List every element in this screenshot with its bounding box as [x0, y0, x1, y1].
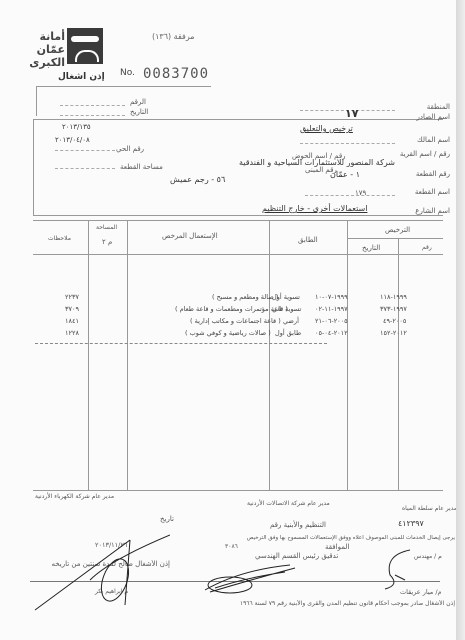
permit-document: أمانة عمّان الكبرى إذن اشغال No. 0083700… [0, 0, 456, 640]
field-line [305, 195, 395, 196]
field-label: المنطقة [400, 103, 450, 111]
gam-logo-icon [67, 28, 103, 64]
permit-no-cell: ٢٠٠٥-٤٩ [383, 317, 406, 325]
date-cell: ١٩٩٩-٠٧-١٠ [315, 293, 348, 301]
ref-number: ٢٠١٣/١٣٥ [62, 123, 91, 131]
field-desc-value: ترخيص والتعليق [300, 124, 353, 133]
floor-cell: طابق أول [275, 329, 301, 337]
plot-name-value: ١٧٩ [355, 189, 366, 197]
field-label: رقم القطعة [400, 170, 450, 178]
permit-number: 0083700 [143, 66, 209, 82]
sub-header-line [347, 238, 443, 239]
signature-scrawl-icon [200, 560, 300, 600]
form-title: إذن اشغال [58, 72, 105, 82]
permit-no-cell: ١٩٩٩-١١٨ [380, 293, 407, 301]
divider [36, 86, 37, 116]
approval-word: الموافقة [325, 543, 349, 551]
header-floor: الطابق [298, 236, 318, 244]
header-area: المساحة [96, 224, 117, 231]
use-cell: ( صالات رياضية و كوفي شوب ) [185, 329, 271, 337]
field-line [300, 143, 395, 144]
issuer-value: ١٧ [345, 107, 358, 120]
cc-water: مدير عام سلطة المياه [402, 505, 457, 512]
cc-electric: مدير عام شركة الكهرباء الأردنية [35, 493, 114, 500]
permit-no-cell: ١٩٩٧-٣٧٣ [380, 305, 407, 313]
org-name: أمانة عمّان الكبرى [27, 30, 65, 69]
field-label: اسم المالك [400, 136, 450, 144]
audit-label: تدقيق رئيس القسم الهندسي [255, 552, 338, 560]
use-cell: ( صالة ومطعم و مسبح ) [212, 293, 278, 301]
serial: ٣٠٨٦ [225, 543, 238, 550]
col-divider [347, 220, 348, 490]
date-cell: ١٩٩٧-١١-٠٢ [315, 305, 348, 313]
ref-date: ٢٠١٣/٠٤/٠٨ [55, 136, 90, 144]
divider [36, 86, 211, 87]
street-value: استعمالات أخرى - خارج التنظيم [262, 204, 367, 213]
area-cell: ١٨٤١ [65, 317, 79, 325]
floor-cell: أرضي [283, 317, 299, 325]
cc-telecom: مدير عام شركة الاتصالات الأردنية [247, 500, 330, 507]
col-divider [398, 238, 399, 490]
org-name-line: الكبرى [27, 56, 65, 69]
permit-no-cell: ٢٠١٢-١٥٢ [380, 329, 407, 337]
header-area-unit: م ٢ [102, 238, 112, 246]
use-cell: ( قاعة مؤتمرات ومطعمات و قاعة طعام ) [175, 305, 288, 313]
use-cell: ( قاعة اجتماعات و مكاتب إدارية ) [190, 317, 281, 325]
header-permit-date: التاريخ [362, 244, 380, 252]
district-no-label: رقم الحي [116, 145, 144, 153]
date-cell: ٢٠٠٥-٠٦-٢١ [315, 317, 348, 325]
col-divider [269, 220, 270, 490]
building-no-value: ٥٦ - رجم عميش [170, 175, 225, 184]
col-divider [127, 220, 128, 490]
owner-value: شركة المنصور للاستثمارات السياحية و الفن… [235, 158, 395, 167]
ref-line [60, 105, 125, 106]
box-left [33, 119, 34, 215]
header-permit-no: رقم [422, 244, 432, 251]
handwritten-note: مرفقة (١٣٦) [152, 32, 195, 41]
date-line [60, 115, 125, 116]
plot-no-value: ١ - عمّان [330, 170, 360, 179]
plot-area-line [55, 168, 115, 169]
connection-text: يرجى إيصال الخدمات للمبنى الموصوف أعلاه … [240, 535, 455, 541]
scan-edge [456, 0, 465, 640]
field-label: رقم / اسم القرية [395, 150, 450, 158]
box-top [33, 119, 443, 120]
box-bottom [33, 215, 443, 216]
area-cell: ١٢٢٨ [65, 329, 79, 337]
table-bottom [33, 490, 443, 491]
org-build-label: التنظيم والأبنية رقم [270, 521, 326, 529]
signature-scrawl-icon [30, 520, 170, 620]
field-label: اسم الشارع [400, 207, 450, 215]
area-cell: ٢٢٣٧ [65, 293, 79, 301]
date-label: التاريخ [130, 108, 148, 116]
field-label: اسم الصادر [400, 113, 450, 121]
org-name-line: أمانة [27, 30, 65, 43]
table-top [33, 220, 443, 221]
rows-end-line [35, 343, 327, 344]
field-label: اسم القطعة [400, 188, 450, 196]
header-licensed-use: الإستعمال المرخص [162, 232, 218, 240]
date-cell: ٢٠١٢-٠٤-٠٥ [315, 329, 348, 337]
area-cell: ٣٧٠٩ [65, 305, 79, 313]
legal-text: إذن الأشغال صادر بموجب أحكام قانون تنظيم… [230, 600, 455, 607]
header-notes: ملاحظات [48, 235, 71, 242]
table-header-bottom [33, 254, 443, 255]
district-line [55, 150, 115, 151]
ref-label: الرقم [130, 98, 146, 106]
col-divider [88, 220, 89, 490]
plot-area-label: مساحة القطعة [120, 163, 163, 171]
header-permit: الترخيص [385, 226, 410, 234]
org-name-line: عمّان [27, 43, 65, 56]
number-label: No. [120, 68, 135, 78]
approval-value: ٤١٢٣٩٧ [398, 519, 424, 528]
signature-scrawl-icon [380, 545, 420, 590]
